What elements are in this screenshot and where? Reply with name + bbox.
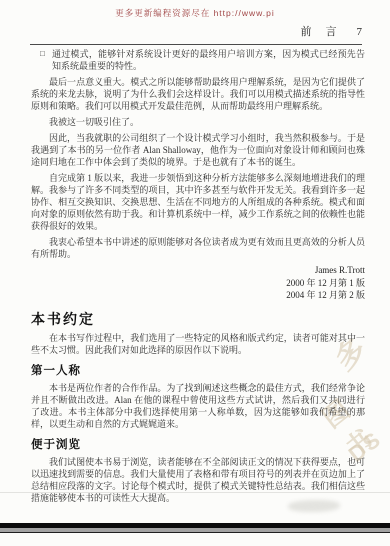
edition-line: 2004 年 12 月第 2 版 xyxy=(31,289,365,302)
running-head-title: 前言 xyxy=(301,26,351,38)
preface-paragraph: 我被这一切吸引住了。 xyxy=(31,116,365,128)
square-bullet-icon: □ xyxy=(40,48,45,60)
running-head: 前言7 xyxy=(30,23,362,45)
bullet-item: □ 通过模式，能够针对系统设计更好的最终用户培训方案，因为模式已经预先告知系统最… xyxy=(31,48,365,72)
conventions-intro: 在本书写作过程中，我们选用了一些特定的风格和版式约定，读者可能对其中一些不太习惯… xyxy=(31,332,365,356)
preface-paragraph: 我衷心希望本书中讲述的原则能够对各位读者成为更有效而且更高效的分析人员有所帮助。 xyxy=(31,236,365,260)
edition-line: 2000 年 12 月第 1 版 xyxy=(31,277,365,290)
preface-paragraph: 最后一点意义重大。模式之所以能够帮助最终用户理解系统，是因为它们提供了系统的来龙… xyxy=(31,76,365,112)
subsection-body: 本书是两位作者的合作作品。为了找到阐述这些概念的最佳方式，我们经常争论并且不断做… xyxy=(31,382,365,430)
page-body: □ 通过模式，能够针对系统设计更好的最终用户培训方案，因为模式已经预先告知系统最… xyxy=(31,48,365,508)
subsection-heading-first-person: 第一人称 xyxy=(31,365,365,377)
preface-paragraph: 因此，当我就职的公司组织了一个设计模式学习小组时，我当然积极参与。于是我遇到了本… xyxy=(31,132,365,168)
section-title-conventions: 本书约定 xyxy=(31,313,365,325)
subsection-body: 我们试图使本书易于浏览，读者能够在不全部阅读正文的情况下获得要点，也可以迅速找到… xyxy=(31,456,365,504)
author-name: James R.Trott xyxy=(31,264,365,277)
page-number: 7 xyxy=(357,26,363,38)
top-promo-watermark: 更多更新编程资源尽在 http://www.pi xyxy=(0,7,390,19)
bullet-item-text: 通过模式，能够针对系统设计更好的最终用户培训方案，因为模式已经预先告知系统最重要… xyxy=(52,49,365,71)
scanned-book-page: 更多更新编程资源尽在 http://www.pi 前言7 多 图 书 DS □ … xyxy=(0,0,390,546)
preface-paragraph: 自完成第 1 版以来，我进一步领悟到这种分析方法能够多么深刻地增进我们的理解。我… xyxy=(31,172,365,232)
signature-block: James R.Trott 2000 年 12 月第 1 版 2004 年 12… xyxy=(31,264,365,302)
scan-artifact-bar-dark xyxy=(0,532,390,534)
subsection-heading-easy-browsing: 便于浏览 xyxy=(31,439,365,451)
